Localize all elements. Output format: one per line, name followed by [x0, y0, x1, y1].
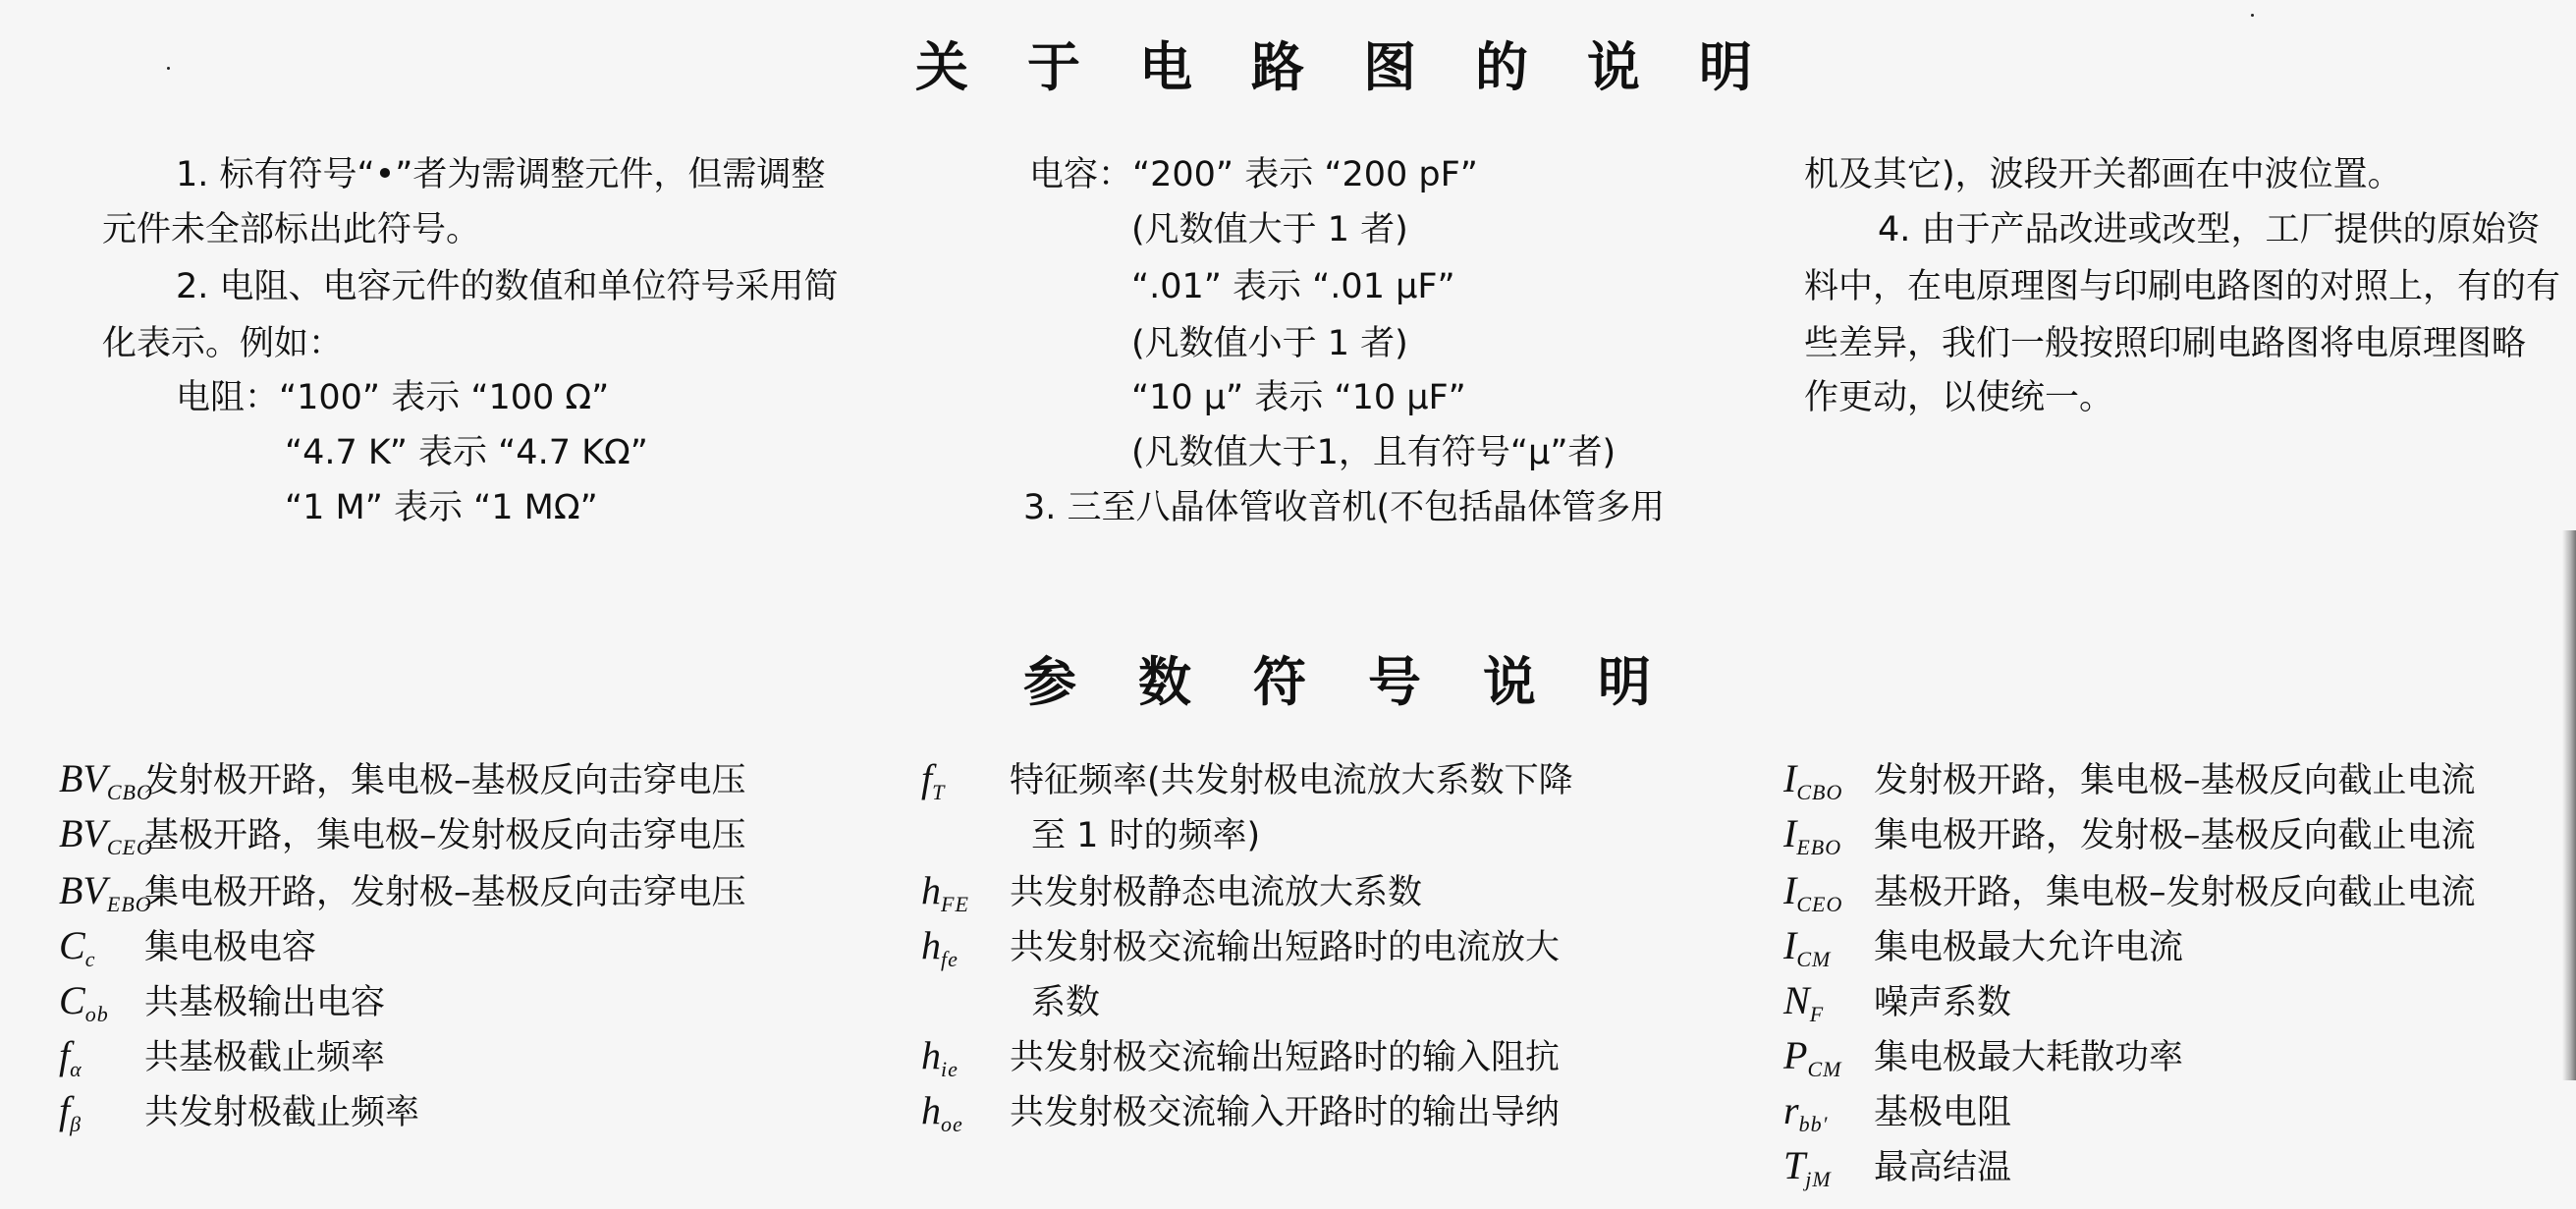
param-symbol: IEBO	[1783, 814, 1841, 867]
scan-speck	[167, 67, 170, 70]
capacitor-note-3: (凡数值大于1，且有符号“μ”者)	[1131, 433, 1616, 472]
title-char: 电	[1135, 26, 1196, 101]
param-symbol: hFE	[921, 871, 969, 924]
section-title-circuit-notes: 关于电路图的说明	[911, 26, 1756, 101]
title-char: 数	[1134, 640, 1195, 716]
title-char: 明	[1695, 26, 1756, 101]
note-1-line-2: 元件未全部标出此符号。	[102, 210, 480, 249]
param-description: 集电极电容	[144, 928, 316, 967]
param-description: 集电极开路，发射极–基极反向击穿电压	[144, 873, 746, 912]
capacitor-example-3: “10 μ” 表示 “10 μF”	[1131, 378, 1466, 417]
param-description-continued: 系数	[1031, 983, 1100, 1022]
title-char: 参	[1019, 640, 1080, 716]
param-description-continued: 至 1 时的频率)	[1031, 816, 1260, 855]
param-description: 集电极最大耗散功率	[1874, 1038, 2183, 1077]
param-symbol: Cc	[59, 926, 95, 979]
section-title-parameter-symbols: 参数符号说明	[1019, 640, 1655, 716]
param-symbol: BVEBO	[59, 871, 152, 924]
note-2-line-1: 2. 电阻、电容元件的数值和单位符号采用简	[176, 267, 839, 306]
resistor-example-2: “4.7 K” 表示 “4.7 KΩ”	[285, 433, 648, 472]
title-char: 号	[1364, 640, 1425, 716]
param-symbol: ICBO	[1783, 759, 1842, 812]
param-description: 特征频率(共发射极电流放大系数下降	[1010, 761, 1573, 800]
param-description: 最高结温	[1874, 1148, 2011, 1187]
param-symbol: hfe	[921, 926, 959, 979]
title-char: 关	[911, 26, 972, 101]
param-symbol: TjM	[1783, 1146, 1832, 1199]
param-symbol: NF	[1783, 981, 1824, 1034]
title-char: 符	[1249, 640, 1310, 716]
title-char: 说	[1583, 26, 1644, 101]
param-description: 基极开路，集电极–发射极反向截止电流	[1874, 873, 2476, 912]
param-description: 共发射极交流输入开路时的输出导纳	[1010, 1093, 1560, 1132]
title-char: 图	[1359, 26, 1420, 101]
capacitor-example-1: 电容：“200” 表示 “200 pF”	[1029, 155, 1478, 194]
resistor-example-3: “1 M” 表示 “1 MΩ”	[285, 488, 598, 527]
param-symbol: hoe	[921, 1091, 963, 1144]
note-4-line-2: 料中，在电原理图与印刷电路图的对照上，有的有	[1804, 267, 2560, 306]
param-description: 噪声系数	[1874, 983, 2011, 1022]
note-4-line-1: 4. 由于产品改进或改型，工厂提供的原始资	[1878, 210, 2541, 249]
param-symbol: fβ	[59, 1091, 82, 1144]
param-symbol: BVCEO	[59, 814, 153, 867]
param-description: 集电极开路，发射极–基极反向截止电流	[1874, 816, 2476, 855]
param-description: 共发射极截止频率	[144, 1093, 419, 1132]
param-description: 集电极最大允许电流	[1874, 928, 2183, 967]
title-char: 的	[1471, 26, 1532, 101]
param-description: 共基极输出电容	[144, 983, 385, 1022]
scan-speck	[2251, 14, 2254, 17]
note-3-line-2: 机及其它)，波段开关都画在中波位置。	[1804, 155, 2402, 194]
title-char: 路	[1247, 26, 1308, 101]
param-description: 基极电阻	[1874, 1093, 2011, 1132]
title-char: 于	[1023, 26, 1084, 101]
capacitor-note-1: (凡数值大于 1 者)	[1131, 210, 1408, 249]
resistor-example-1: 电阻：“100” 表示 “100 Ω”	[176, 378, 609, 417]
param-symbol: fT	[921, 759, 945, 812]
param-description: 共基极截止频率	[144, 1038, 385, 1077]
capacitor-example-2: “.01” 表示 “.01 μF”	[1131, 267, 1455, 306]
param-description: 共发射极静态电流放大系数	[1010, 873, 1422, 912]
note-1-line-1: 1. 标有符号“•”者为需调整元件，但需调整	[176, 155, 825, 194]
note-4-line-4: 作更动，以使统一。	[1804, 378, 2113, 417]
param-symbol: BVCBO	[59, 759, 153, 812]
param-symbol: rbb′	[1783, 1091, 1828, 1144]
param-description: 发射极开路，集电极–基极反向击穿电压	[144, 761, 746, 800]
param-description: 共发射极交流输出短路时的输入阻抗	[1010, 1038, 1560, 1077]
param-symbol: PCM	[1783, 1036, 1841, 1089]
param-description: 基极开路，集电极–发射极反向击穿电压	[144, 816, 746, 855]
param-symbol: Cob	[59, 981, 109, 1034]
param-symbol: ICEO	[1783, 871, 1842, 924]
note-3-line-1: 3. 三至八晶体管收音机(不包括晶体管多用	[1023, 488, 1665, 527]
note-4-line-3: 些差异，我们一般按照印刷电路图将电原理图略	[1804, 324, 2526, 363]
param-symbol: ICM	[1783, 926, 1831, 979]
capacitor-note-2: (凡数值小于 1 者)	[1131, 324, 1408, 363]
scan-page-edge	[2562, 530, 2576, 1080]
title-char: 说	[1479, 640, 1540, 716]
title-char: 明	[1594, 640, 1655, 716]
param-description: 共发射极交流输出短路时的电流放大	[1010, 928, 1560, 967]
param-symbol: hie	[921, 1036, 959, 1089]
param-symbol: fα	[59, 1036, 82, 1089]
note-2-line-2: 化表示。例如：	[102, 324, 343, 363]
param-description: 发射极开路，集电极–基极反向截止电流	[1874, 761, 2476, 800]
